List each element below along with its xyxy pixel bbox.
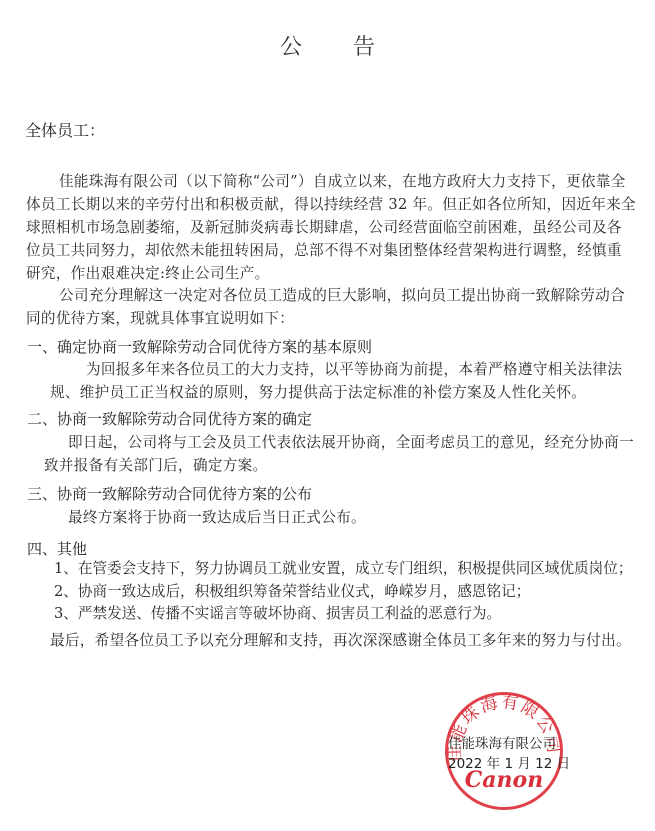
document-title: 公 告 bbox=[0, 30, 655, 61]
list-item: 3、严禁发送、传播不实谣言等破坏协商、损害员工利益的恶意行为。 bbox=[54, 603, 644, 626]
section-body-1: 为回报多年来各位员工的大力支持，以平等协商为前提，本着严格遵守相关法律法规、维护… bbox=[50, 358, 640, 404]
purpose-paragraph: 公司充分理解这一决定对各位员工造成的巨大影响，拟向员工提出协商一致解除劳动合同的… bbox=[26, 284, 636, 330]
intro-paragraph: 佳能珠海有限公司（以下简称“公司”）自成立以来，在地方政府大力支持下，更依靠全体… bbox=[26, 170, 636, 285]
section-heading-1: 一、确定协商一致解除劳动合同优待方案的基本原则 bbox=[27, 336, 372, 358]
section-heading-3: 三、协商一致解除劳动合同优待方案的公布 bbox=[27, 483, 312, 505]
section-body-2: 即日起，公司将与工会及员工代表依法展开协商，全面考虑员工的意见，经充分协商一致并… bbox=[44, 431, 640, 477]
other-items-list: 1、在管委会支持下，努力协调员工就业安置，成立专门组织，积极提供同区域优质岗位；… bbox=[54, 558, 644, 626]
list-item: 1、在管委会支持下，努力协调员工就业安置，成立专门组织，积极提供同区域优质岗位； bbox=[54, 558, 644, 581]
signature-company: 佳能珠海有限公司 bbox=[448, 734, 598, 755]
signature-date: 2022 年 1 月 12 日 bbox=[448, 754, 598, 775]
closing-paragraph: 最后，希望各位员工予以充分理解和支持，再次深深感谢全体员工多年来的努力与付出。 bbox=[50, 629, 650, 652]
section-body-3: 最终方案将于协商一致达成后当日正式公布。 bbox=[68, 506, 628, 529]
section-heading-2: 二、协商一致解除劳动合同优待方案的确定 bbox=[27, 408, 312, 430]
section-heading-4: 四、其他 bbox=[27, 538, 87, 560]
announcement-document: 公 告 全体员工： 佳能珠海有限公司（以下简称“公司”）自成立以来，在地方政府大… bbox=[0, 0, 655, 831]
list-item: 2、协商一致达成后，积极组织筹备荣誉结业仪式，峥嵘岁月，感恩铭记； bbox=[54, 581, 644, 604]
salutation: 全体员工： bbox=[25, 118, 105, 141]
